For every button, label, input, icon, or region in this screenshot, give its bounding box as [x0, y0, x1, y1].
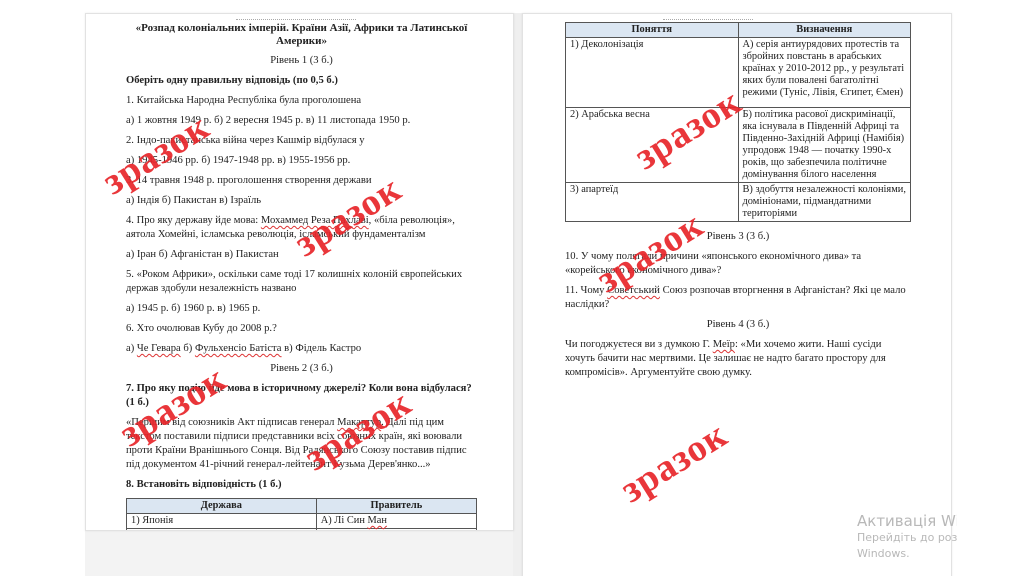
- windows-activation-notice: Активація Windows Перейдіть до розділу Н…: [857, 512, 957, 562]
- question-6-options: а) Че Гевара б) Фульхенсіо Батіста в) Фі…: [126, 342, 477, 356]
- level-2-heading: Рівень 2 (3 б.): [126, 362, 477, 376]
- activation-message-end: Windows.: [857, 546, 957, 562]
- q6-option-a: Че Гевара: [137, 343, 181, 354]
- question-1: 1. Китайська Народна Республіка була про…: [126, 94, 477, 108]
- question-5: 5. «Роком Африки», оскільки саме тоді 17…: [126, 268, 477, 296]
- question-11: 11. Чому Советський Союз розпочав вторгн…: [565, 284, 911, 312]
- level-1-heading: Рівень 1 (3 б.): [126, 54, 477, 68]
- table-cell: 2) Китай: [127, 529, 317, 532]
- table-row: 1) Деколонізація А) серія антиурядових п…: [566, 38, 911, 108]
- q12-text-start: Чи погоджуєтеся ви з думкою Г.: [565, 339, 713, 350]
- activation-message: Перейдіть до розділу Настройки, щоб акти…: [857, 530, 957, 546]
- document-title: «Розпад колоніальних імперій. Країни Азі…: [126, 22, 477, 48]
- level-3-heading: Рівень 3 (3 б.): [565, 230, 911, 244]
- question-2: 2. Індо-пакистанська війна через Кашмір …: [126, 134, 477, 148]
- table-header: Поняття: [566, 23, 739, 38]
- question-4-options: а) Іран б) Афганістан в) Пакистан: [126, 248, 477, 262]
- question-7: 7. Про яку подію йде мова в історичному …: [126, 382, 477, 410]
- q6-a-prefix: а): [126, 343, 137, 354]
- q4-spellcheck-word: Мохаммед Реза Пахлаві: [261, 215, 369, 226]
- question-12: Чи погоджуєтеся ви з думкою Г. Меїр: «Ми…: [565, 338, 911, 380]
- document-page-right: Поняття Визначення 1) Деколонізація А) с…: [522, 13, 952, 576]
- table-cell: Б) політика расової дискримінації, яка і…: [738, 108, 911, 183]
- table-row: 2) Китай Б) Акіхіто: [127, 529, 477, 532]
- question-6: 6. Хто очолював Кубу до 2008 р.?: [126, 322, 477, 336]
- table-cell: 2) Арабська весна: [566, 108, 739, 183]
- question-2-options: а) 1945-1946 рр. б) 1947-1948 рр. в) 195…: [126, 154, 477, 168]
- page-right-content: Поняття Визначення 1) Деколонізація А) с…: [565, 22, 911, 386]
- q6-b-prefix: б): [181, 343, 195, 354]
- q4-text-start: 4. Про яку державу йде мова:: [126, 215, 261, 226]
- question-4: 4. Про яку державу йде мова: Мохаммед Ре…: [126, 214, 477, 242]
- q7-spellcheck-word: Макартур: [337, 417, 381, 428]
- cut-off-header-text: [663, 14, 753, 20]
- question-3: 3. 14 травня 1948 р. проголошення створе…: [126, 174, 477, 188]
- q12-spellcheck-word: Меїр: [713, 339, 735, 350]
- question-1-options: а) 1 жовтня 1949 р. б) 2 вересня 1945 р.…: [126, 114, 477, 128]
- table-cell: 3) апартеїд: [566, 183, 739, 222]
- question-7-quote: «Першим від союзників Акт підписав генер…: [126, 416, 477, 472]
- page-left-content: «Розпад колоніальних імперій. Країни Азі…: [126, 22, 477, 531]
- viewer-background: [85, 530, 513, 576]
- table-header: Держава: [127, 499, 317, 514]
- table-cell: 1) Японія: [127, 514, 317, 529]
- q6-option-c: в) Фідель Кастро: [282, 343, 362, 354]
- q11-spellcheck-word: Советський: [607, 285, 660, 296]
- question-3-options: а) Індія б) Пакистан в) Ізраїль: [126, 194, 477, 208]
- q7-quote-start: «Першим від союзників Акт підписав генер…: [126, 417, 337, 428]
- table-row: 3) апартеїд В) здобуття незалежності кол…: [566, 183, 911, 222]
- table-row: 1) Японія А) Лі Син Ман: [127, 514, 477, 529]
- table-header: Правитель: [316, 499, 476, 514]
- question-8: 8. Встановіть відповідність (1 б.): [126, 478, 477, 492]
- table-cell: А) Лі Син Ман: [316, 514, 476, 529]
- table-cell: 1) Деколонізація: [566, 38, 739, 108]
- table-cell: А) серія антиурядових протестів та зброй…: [738, 38, 911, 108]
- cut-off-header-text: [236, 14, 356, 20]
- activation-title: Активація Windows: [857, 512, 957, 530]
- q11-text-start: 11. Чому: [565, 285, 607, 296]
- matching-table-state-ruler: Держава Правитель 1) Японія А) Лі Син Ма…: [126, 498, 477, 531]
- table-row: 2) Арабська весна Б) політика расової ди…: [566, 108, 911, 183]
- question-5-options: а) 1945 р. б) 1960 р. в) 1965 р.: [126, 302, 477, 316]
- table-cell: Б) Акіхіто: [316, 529, 476, 532]
- level-4-heading: Рівень 4 (3 б.): [565, 318, 911, 332]
- document-page-left: «Розпад колоніальних імперій. Країни Азі…: [85, 13, 514, 531]
- table-header: Визначення: [738, 23, 911, 38]
- matching-table-concept-definition: Поняття Визначення 1) Деколонізація А) с…: [565, 22, 911, 222]
- q6-option-b: Фульхенсіо Батіста: [195, 343, 282, 354]
- instruction-single-choice: Оберіть одну правильну відповідь (по 0,5…: [126, 74, 477, 88]
- table-cell: В) здобуття незалежності колоніями, домі…: [738, 183, 911, 222]
- question-10: 10. У чому полягали причини «японського …: [565, 250, 911, 278]
